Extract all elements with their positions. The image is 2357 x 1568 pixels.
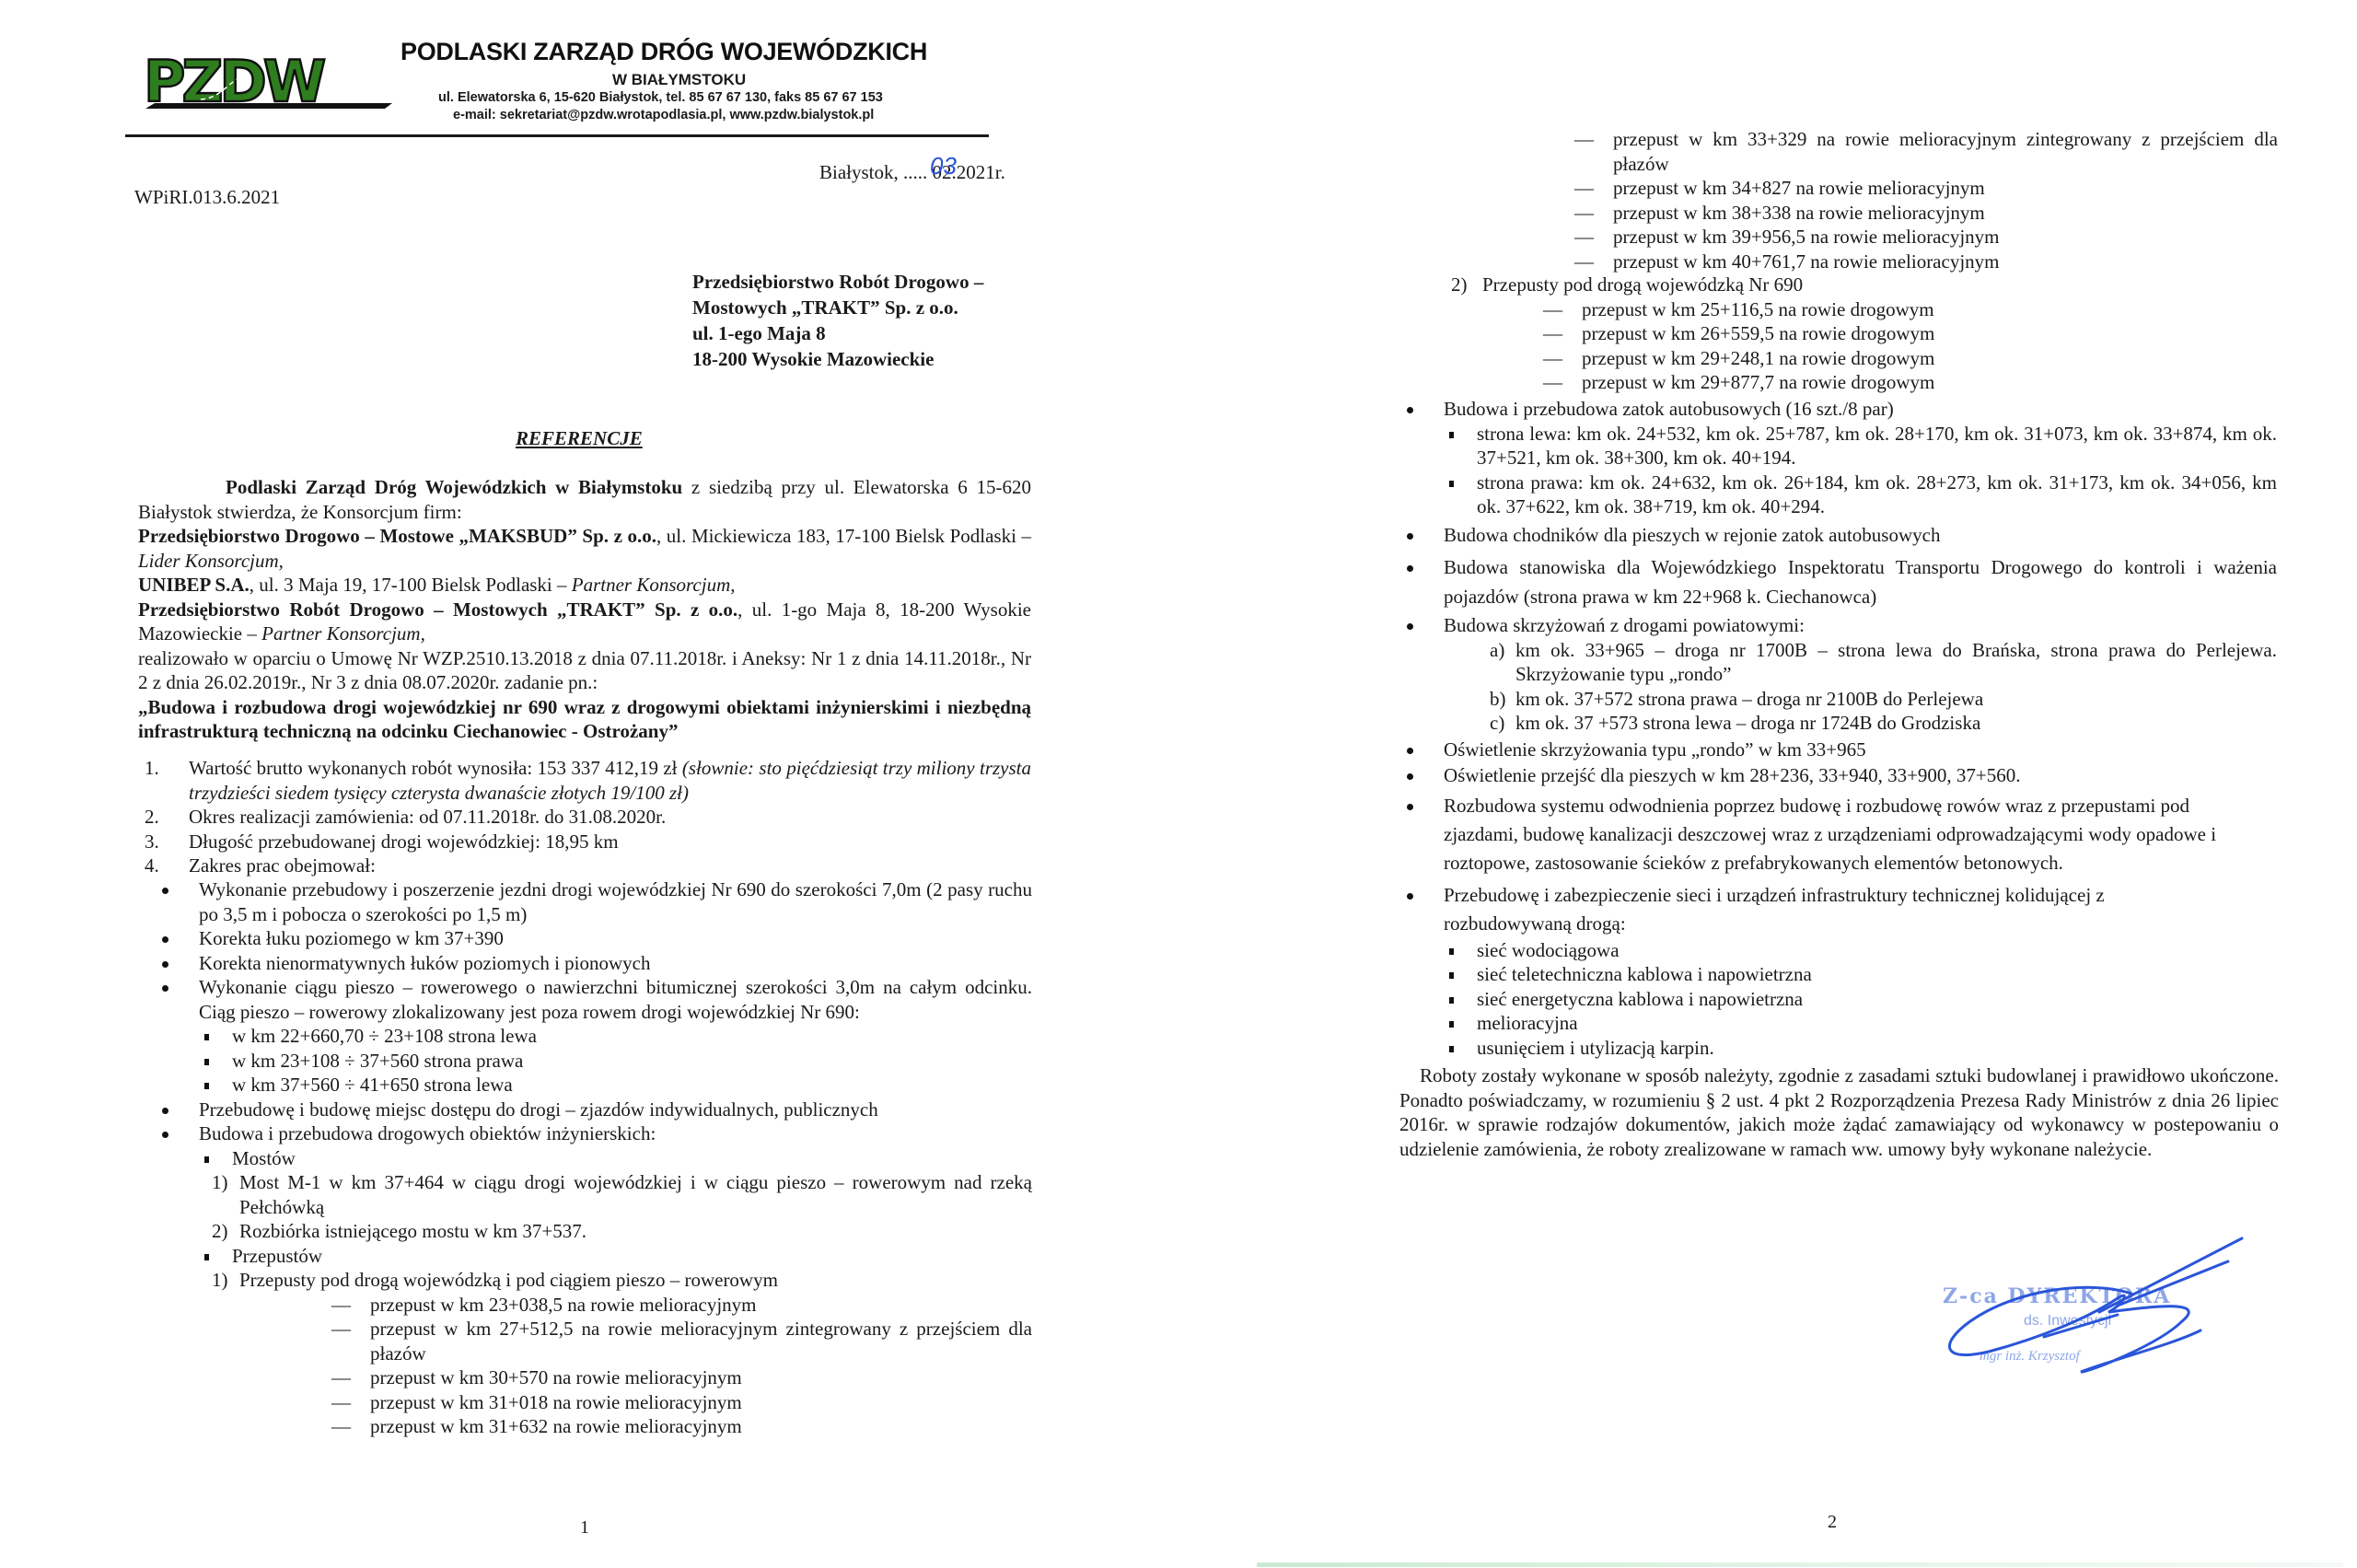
place-date: Białystok, ..... 02.2021r. <box>819 160 1005 184</box>
square-bullet-icon <box>1449 948 1454 955</box>
list-item: Wykonanie ciągu pieszo – rowerowego o na… <box>199 975 1032 1024</box>
bullet-icon <box>1407 623 1413 630</box>
bullet-icon <box>162 1108 168 1114</box>
list-item: Rozbudowa systemu odwodnienia poprzez bu… <box>1444 792 2254 877</box>
list-item: Budowa skrzyżowań z drogami powiatowymi: <box>1444 613 2277 638</box>
recipient-address: Przedsiębiorstwo Robót Drogowo – Mostowy… <box>692 270 983 373</box>
square-bullet-icon <box>204 1254 209 1260</box>
square-bullet-icon <box>204 1059 209 1065</box>
list-item: Budowa i przebudowa drogowych obiektów i… <box>199 1121 1032 1146</box>
list-item: Budowa stanowiska dla Wojewódzkiego Insp… <box>1444 552 2277 611</box>
scope-list-page2-bullets: Budowa i przebudowa zatok autobusowych (… <box>1444 397 2277 1060</box>
org-address: ul. Elewatorska 6, 15-620 Białystok, tel… <box>438 89 883 106</box>
bullet-icon <box>1407 533 1413 540</box>
culverts-continued: —przepust w km 33+329 na rowie melioracy… <box>1613 127 2278 273</box>
scope-list-page2: 2)Przepusty pod drogą wojewódzką Nr 690 … <box>1482 273 2283 395</box>
bullet-icon <box>162 961 168 968</box>
bullet-icon <box>1407 565 1413 572</box>
bullet-icon <box>1407 407 1413 413</box>
list-item: Oświetlenie skrzyżowania typu „rondo” w … <box>1444 738 2277 762</box>
bullet-icon <box>1407 748 1413 754</box>
org-contact: e-mail: sekretariat@pzdw.wrotapodlasia.p… <box>453 107 874 123</box>
document-title: REFERENCJE <box>516 426 643 450</box>
list-item: Oświetlenie przejść dla pieszych w km 28… <box>1444 763 2277 788</box>
square-bullet-icon <box>204 1156 209 1163</box>
reference-number: WPiRI.013.6.2021 <box>134 185 280 209</box>
page-number-1: 1 <box>580 1516 589 1539</box>
list-item: Korekta nienormatywnych łuków poziomych … <box>199 951 1032 976</box>
handwritten-signature <box>1933 1234 2293 1390</box>
org-name: PODLASKI ZARZĄD DRÓG WOJEWÓDZKICH <box>401 37 927 66</box>
list-item: Korekta łuku poziomego w km 37+390 <box>199 926 1032 951</box>
bullet-icon <box>162 985 168 992</box>
scope-list-page1: Wykonanie przebudowy i poszerzenie jezdn… <box>199 877 1032 1439</box>
list-item: Budowa chodników dla pieszych w rejonie … <box>1444 523 2277 548</box>
page-number-2: 2 <box>1828 1510 1837 1534</box>
square-bullet-icon <box>1449 1021 1454 1028</box>
list-item: 1.Wartość brutto wykonanych robót wynosi… <box>189 756 1031 805</box>
scan-edge <box>1257 1562 2343 1567</box>
intro-paragraph: Podlaski Zarząd Dróg Wojewódzkich w Biał… <box>138 475 1031 744</box>
handwritten-day: 03 <box>930 152 957 180</box>
closing-paragraph: Roboty zostały wykonane w sposób należyt… <box>1399 1063 2279 1161</box>
bullet-icon <box>1407 893 1413 900</box>
list-item: Budowa i przebudowa zatok autobusowych (… <box>1444 397 2277 422</box>
list-item: Przebudowę i zabezpieczenie sieci i urzą… <box>1444 881 2180 938</box>
bullet-icon <box>162 888 168 894</box>
square-bullet-icon <box>204 1034 209 1040</box>
bullet-icon <box>162 1132 168 1138</box>
header-divider <box>125 134 989 137</box>
list-item: Przebudowę i budowę miejsc dostępu do dr… <box>199 1098 1032 1122</box>
bullet-icon <box>1407 773 1413 780</box>
bullet-icon <box>1407 804 1413 810</box>
list-item: Wykonanie przebudowy i poszerzenie jezdn… <box>199 877 1032 926</box>
square-bullet-icon <box>1449 972 1454 979</box>
logo-text: PZDW <box>144 52 325 115</box>
square-bullet-icon <box>1449 432 1454 438</box>
points-list: 1.Wartość brutto wykonanych robót wynosi… <box>189 756 1031 878</box>
square-bullet-icon <box>1449 1046 1454 1052</box>
pzdw-logo: PZDW <box>136 52 394 116</box>
square-bullet-icon <box>1449 997 1454 1004</box>
square-bullet-icon <box>204 1083 209 1089</box>
square-bullet-icon <box>1449 481 1454 487</box>
bullet-icon <box>162 936 168 943</box>
